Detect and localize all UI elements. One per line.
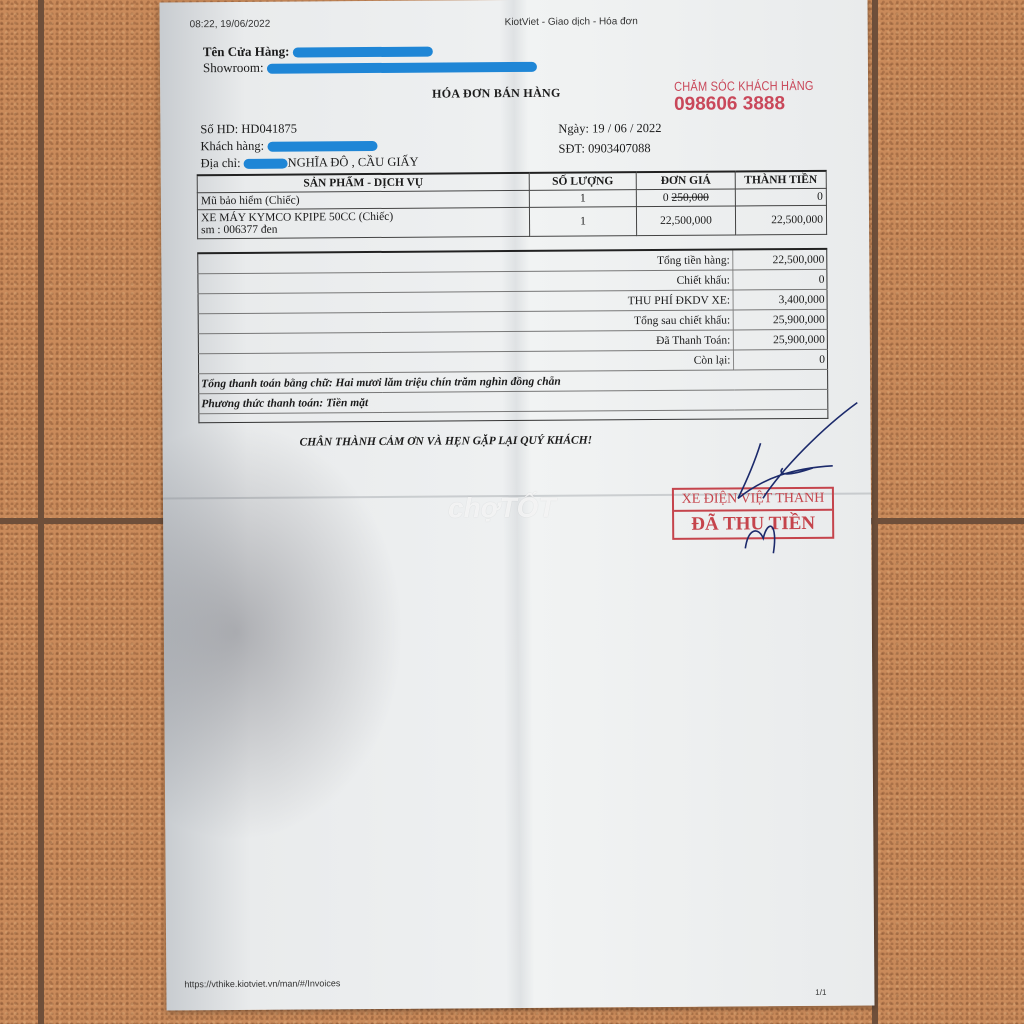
redaction-mark bbox=[244, 159, 288, 169]
col-unit-price: ĐƠN GIÁ bbox=[636, 171, 735, 189]
invoice-number: HD041875 bbox=[241, 122, 297, 136]
customer-care-label: CHĂM SÓC KHÁCH HÀNG bbox=[674, 78, 814, 94]
summary-value: 25,900,000 bbox=[734, 329, 828, 350]
summary-spacer bbox=[197, 272, 381, 293]
redaction-mark bbox=[267, 62, 537, 74]
tile-grout bbox=[38, 0, 44, 1024]
quantity: 1 bbox=[529, 190, 636, 208]
shop-name-label: Tên Cửa Hàng: bbox=[203, 44, 290, 60]
redaction-mark bbox=[293, 47, 433, 58]
summary-label: Chiết khấu: bbox=[381, 270, 733, 292]
stamp-shop-name: XE ĐIỆN VIỆT THANH bbox=[674, 489, 832, 512]
col-qty: SỐ LƯỢNG bbox=[529, 172, 636, 190]
print-app-title: KiotViet - Giao dịch - Hóa đơn bbox=[505, 16, 638, 28]
line-total: 22,500,000 bbox=[735, 205, 826, 235]
invoice-meta-right: Ngày: 19 / 06 / 2022 SĐT: 0903407088 bbox=[558, 118, 661, 159]
footer-url: https://vthike.kiotviet.vn/man/#/Invoice… bbox=[184, 978, 340, 989]
col-total: THÀNH TIỀN bbox=[735, 171, 826, 189]
summary-spacer bbox=[197, 253, 381, 274]
phone-label: SĐT: bbox=[558, 142, 585, 156]
summary-spacer bbox=[198, 352, 382, 373]
line-total: 0 bbox=[735, 188, 826, 206]
summary-label: Tổng sau chiết khấu: bbox=[381, 310, 733, 332]
summary-value: 25,900,000 bbox=[734, 309, 828, 330]
watermark: chợTỐT bbox=[448, 492, 556, 525]
invoice-paper: 08:22, 19/06/2022 KiotViet - Giao dịch -… bbox=[159, 0, 874, 1010]
summary-value: 0 bbox=[733, 269, 827, 290]
unit-price: 22,500,000 bbox=[636, 206, 735, 236]
stamp-paid: ĐÃ THU TIỀN bbox=[674, 511, 832, 538]
summary-label: Tổng tiền hàng: bbox=[381, 250, 733, 272]
invoice-date: 19 / 06 / 2022 bbox=[592, 121, 662, 135]
summary-value: 22,500,000 bbox=[733, 250, 827, 270]
footer-page-number: 1/1 bbox=[815, 988, 826, 997]
original-price-struck: 250,000 bbox=[671, 192, 708, 204]
summary-value: 0 bbox=[734, 349, 828, 370]
invoice-title: HÓA ĐƠN BÁN HÀNG bbox=[432, 86, 561, 102]
customer-phone: 0903407088 bbox=[588, 141, 651, 155]
customer-label: Khách hàng: bbox=[200, 139, 264, 153]
unit-price: 0 250,000 bbox=[636, 189, 735, 207]
summary-label: THU PHÍ ĐKDV XE: bbox=[381, 290, 733, 312]
shop-info: Tên Cửa Hàng: Showroom: bbox=[203, 42, 537, 76]
table-row: XE MÁY KYMCO KPIPE 50CC (Chiếc)sm : 0063… bbox=[197, 205, 826, 238]
thank-you-message: CHÂN THÀNH CẢM ƠN VÀ HẸN GẶP LẠI QUÝ KHÁ… bbox=[300, 434, 593, 448]
items-table: SẢN PHẨM - DỊCH VỤ SỐ LƯỢNG ĐƠN GIÁ THÀN… bbox=[197, 170, 827, 239]
quantity: 1 bbox=[529, 207, 636, 237]
showroom-label: Showroom: bbox=[203, 60, 264, 75]
summary-spacer bbox=[198, 312, 382, 333]
payment-method: Phương thức thanh toán: Tiền mặt bbox=[198, 389, 828, 413]
summary-value: 3,400,000 bbox=[733, 289, 827, 310]
paid-stamp: XE ĐIỆN VIỆT THANH ĐÃ THU TIỀN bbox=[672, 487, 834, 540]
payment-method-row: Phương thức thanh toán: Tiền mặt bbox=[198, 389, 828, 413]
date-label: Ngày: bbox=[558, 121, 589, 135]
product-name: XE MÁY KYMCO KPIPE 50CC (Chiếc)sm : 0063… bbox=[197, 207, 529, 238]
customer-care-phone: 098606 3888 bbox=[674, 93, 838, 116]
invoice-number-label: Số HD: bbox=[200, 122, 238, 136]
summary-spacer bbox=[198, 332, 382, 353]
address-value: NGHĨA ĐÔ , CẦU GIẤY bbox=[288, 155, 419, 170]
shadow bbox=[162, 421, 405, 843]
invoice-meta-left: Số HD: HD041875 Khách hàng: Địa chỉ: NGH… bbox=[200, 120, 418, 173]
summary-label: Đã Thanh Toán: bbox=[381, 330, 733, 352]
product-note: sm : 006377 đen bbox=[201, 222, 526, 236]
print-timestamp: 08:22, 19/06/2022 bbox=[190, 19, 271, 31]
summary-label: Còn lại: bbox=[382, 350, 734, 372]
summary-spacer bbox=[198, 292, 382, 313]
summary-table: Tổng tiền hàng: 22,500,000 Chiết khấu: 0… bbox=[197, 250, 828, 414]
redaction-mark bbox=[267, 141, 377, 152]
address-label: Địa chỉ: bbox=[201, 156, 241, 170]
customer-care: CHĂM SÓC KHÁCH HÀNG 098606 3888 bbox=[674, 78, 838, 116]
